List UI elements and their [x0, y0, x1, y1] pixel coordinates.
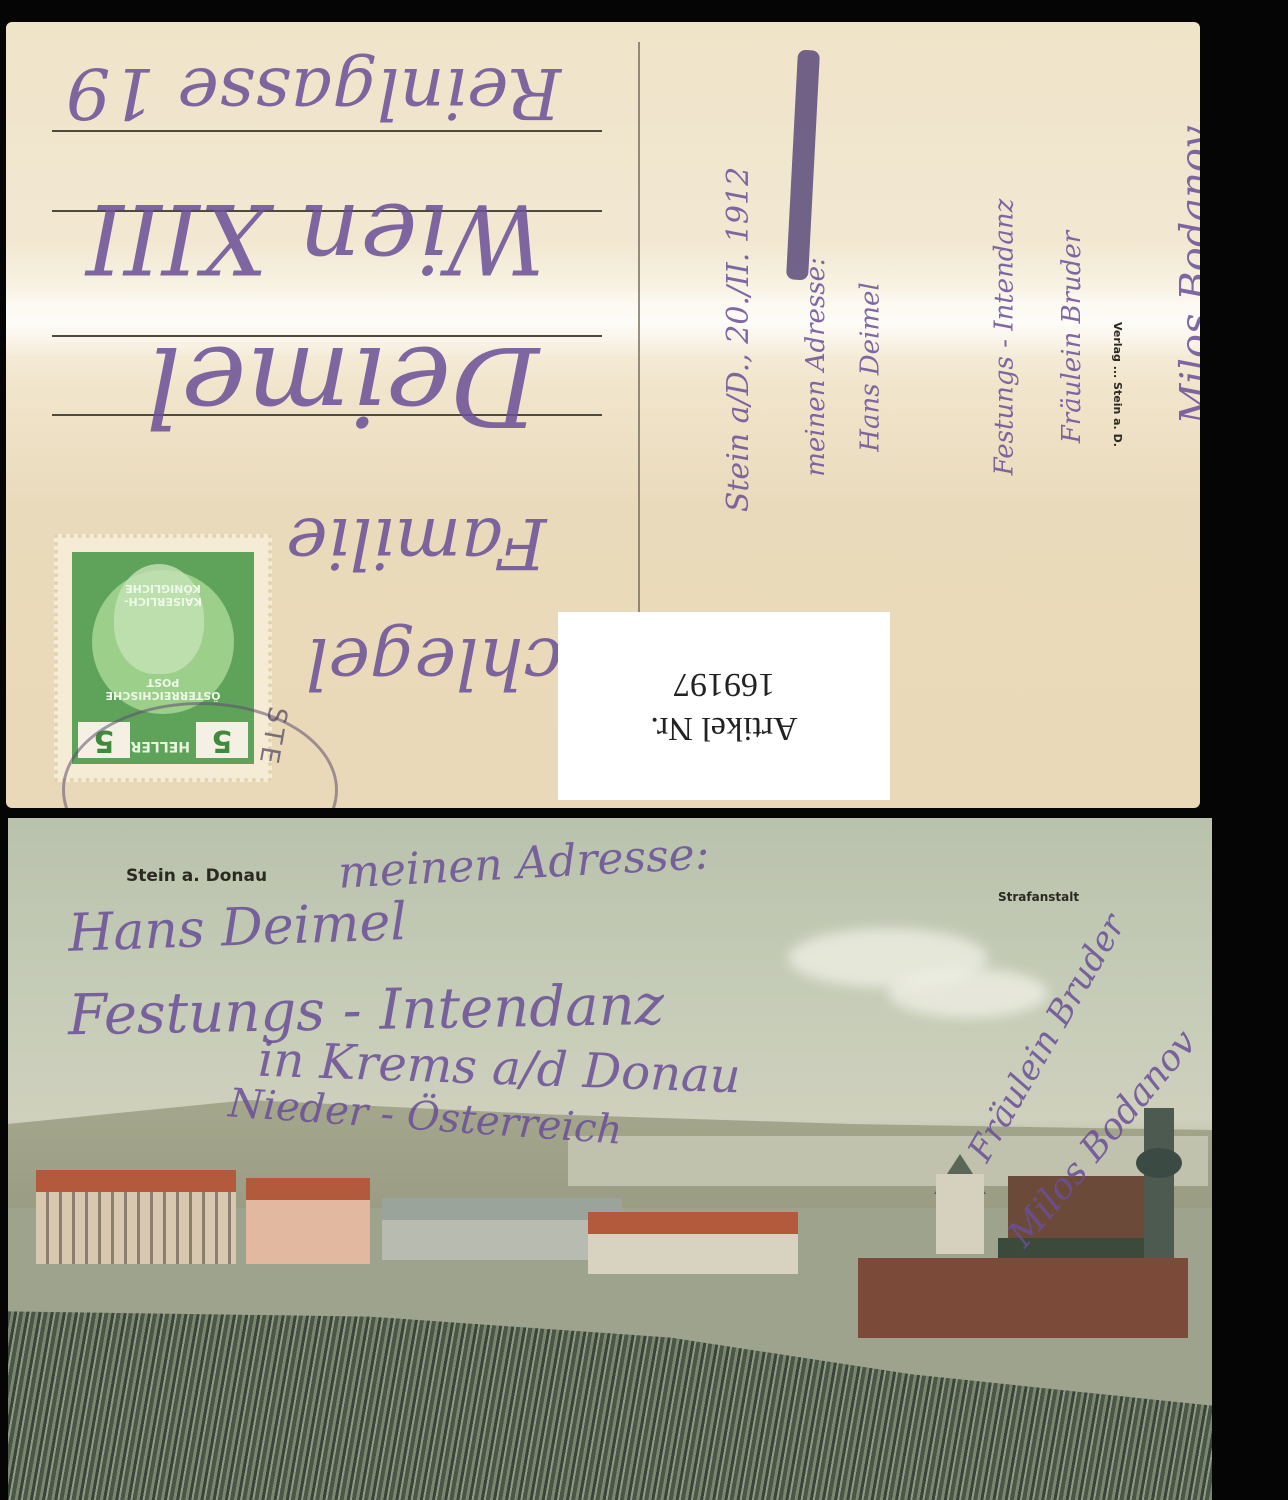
red-roof-building [588, 1212, 798, 1274]
gate-tower [936, 1174, 984, 1254]
handwriting-address-city: Wien XIII [86, 182, 545, 294]
article-number-label: Artikel Nr. 169197 [558, 612, 890, 800]
handwriting-message: Hans Deimel [856, 282, 886, 451]
stamp-inscription: ÖSTERREICHISCHE POST [96, 676, 230, 702]
postcard-back: Reinlgasse 19 Wien XIII Deimel Familie S… [6, 22, 1200, 808]
handwriting-date: Stein a/D., 20./II. 1912 [721, 167, 756, 512]
handwriting-line: meinen Adresse: [337, 828, 711, 898]
postcard-caption-title: Stein a. Donau [126, 866, 267, 886]
label-title: Artikel Nr. [650, 706, 797, 750]
postcard-front-picture: Stein a. Donau Strafanstalt meinen Adres… [8, 818, 1212, 1500]
church-tower [1144, 1108, 1174, 1258]
label-article-number: 169197 [673, 662, 775, 706]
tower-onion-dome [1136, 1148, 1182, 1178]
handwriting-line: Hans Deimel [67, 892, 408, 964]
handwriting-signature: Milos Bodanov [1173, 125, 1200, 424]
handwriting-address-street: Reinlgasse 19 [66, 52, 561, 134]
prison-building [246, 1178, 370, 1264]
handwriting-message: meinen Adresse: [801, 257, 831, 477]
handwriting-message: Festungs - Intendanz [989, 199, 1019, 476]
printer-imprint: Verlag ... Stein a. D. [1111, 322, 1124, 447]
postcard-caption-subtitle: Strafanstalt [998, 890, 1079, 904]
prison-building [36, 1170, 236, 1264]
cloud [888, 968, 1048, 1018]
handwriting-address-family: Familie [286, 502, 547, 584]
stamp-inscription: KAISERLICH-KÖNIGLICHE [96, 582, 230, 608]
handwriting-address-name: Deimel [146, 322, 539, 450]
factory-hall [382, 1198, 622, 1260]
ink-stroke [786, 50, 820, 281]
town-roofs [858, 1258, 1188, 1338]
handwriting-message: Fräulein Bruder [1057, 231, 1087, 443]
